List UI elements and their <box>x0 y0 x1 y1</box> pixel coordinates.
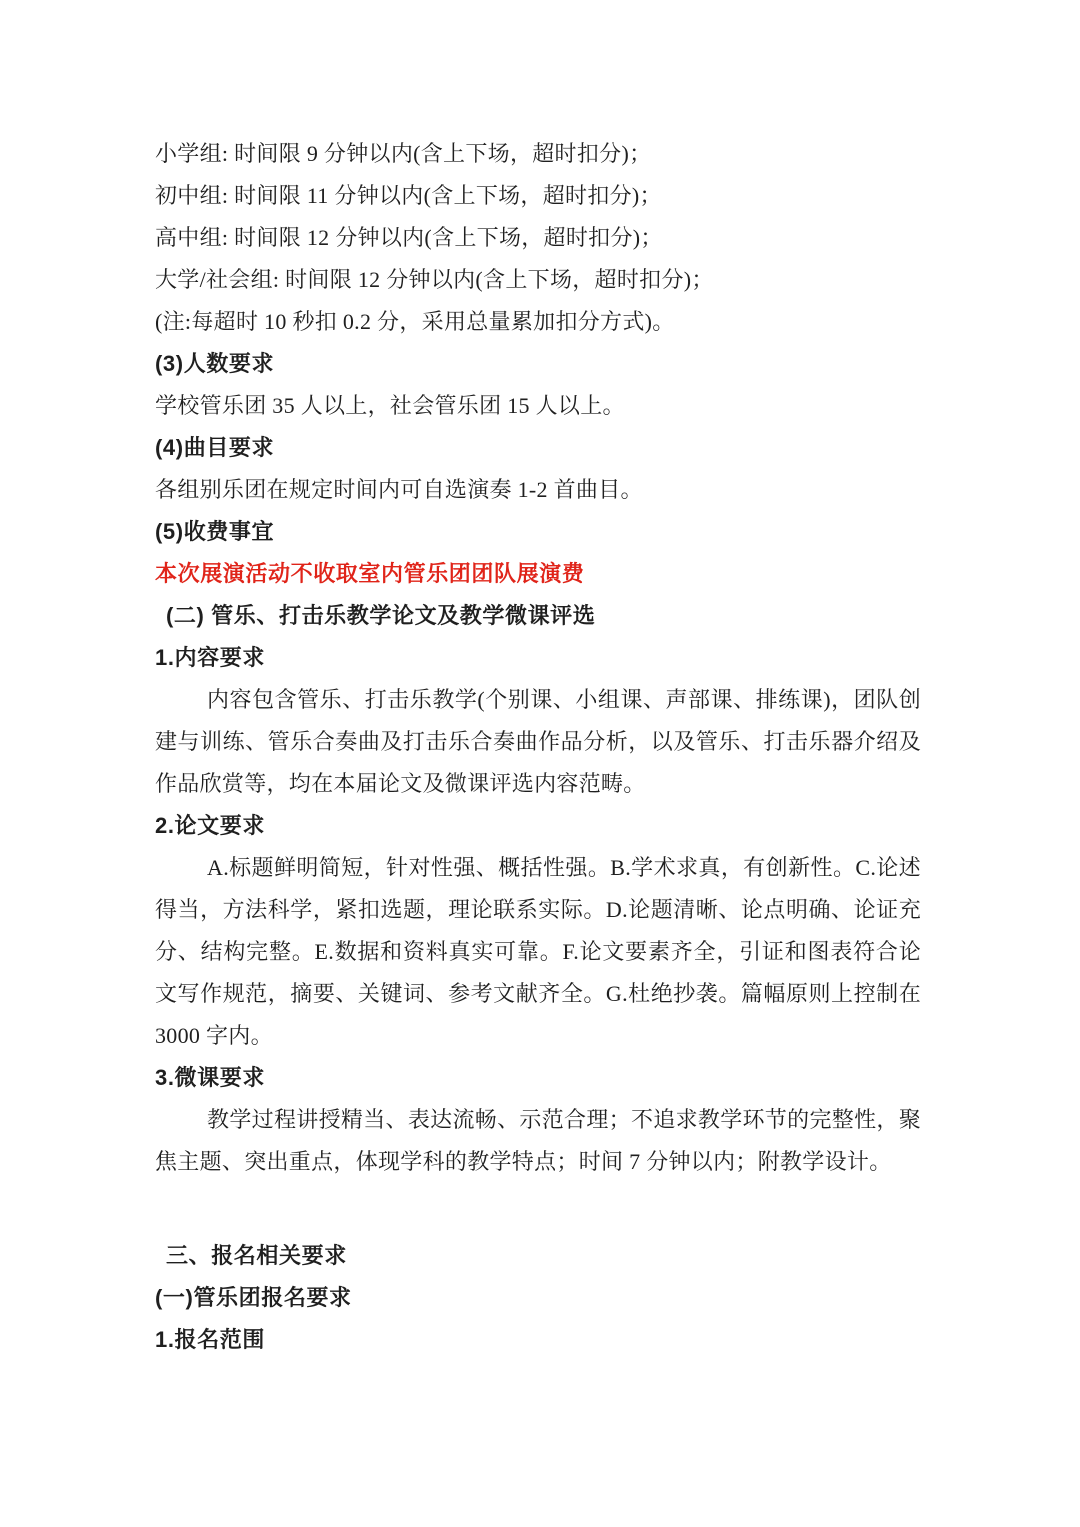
blank-line-spacer <box>155 1183 921 1235</box>
people-requirement-heading: (3)人数要求 <box>155 343 921 385</box>
section2-heading: (二) 管乐、打击乐教学论文及教学微课评选 <box>155 595 921 637</box>
people-requirement-text: 学校管乐团 35 人以上，社会管乐团 15 人以上。 <box>155 385 921 427</box>
document-page: 小学组: 时间限 9 分钟以内(含上下场，超时扣分)； 初中组: 时间限 11 … <box>0 0 1080 1527</box>
time-rule-senior: 高中组: 时间限 12 分钟以内(含上下场，超时扣分)； <box>155 217 921 259</box>
fee-notice-red-text: 本次展演活动不收取室内管乐团团队展演费 <box>155 553 921 595</box>
paper-requirement-paragraph: A.标题鲜明简短，针对性强、概括性强。B.学术求真，有创新性。C.论述得当，方法… <box>155 847 921 1057</box>
repertoire-requirement-heading: (4)曲目要求 <box>155 427 921 469</box>
band-signup-requirement-heading: (一)管乐团报名要求 <box>155 1277 921 1319</box>
time-rule-primary: 小学组: 时间限 9 分钟以内(含上下场，超时扣分)； <box>155 133 921 175</box>
micro-lesson-requirement-heading: 3.微课要求 <box>155 1057 921 1099</box>
section3-heading: 三、报名相关要求 <box>155 1235 921 1277</box>
paper-requirement-heading: 2.论文要求 <box>155 805 921 847</box>
time-rule-junior: 初中组: 时间限 11 分钟以内(含上下场，超时扣分)； <box>155 175 921 217</box>
document-content: 小学组: 时间限 9 分钟以内(含上下场，超时扣分)； 初中组: 时间限 11 … <box>155 133 921 1361</box>
signup-scope-heading: 1.报名范围 <box>155 1319 921 1361</box>
content-requirement-heading: 1.内容要求 <box>155 637 921 679</box>
content-requirement-paragraph: 内容包含管乐、打击乐教学(个别课、小组课、声部课、排练课)，团队创建与训练、管乐… <box>155 679 921 805</box>
fee-heading: (5)收费事宜 <box>155 511 921 553</box>
time-rule-note: (注:每超时 10 秒扣 0.2 分，采用总量累加扣分方式)。 <box>155 301 921 343</box>
micro-lesson-requirement-paragraph: 教学过程讲授精当、表达流畅、示范合理；不追求教学环节的完整性，聚焦主题、突出重点… <box>155 1099 921 1183</box>
time-rule-college: 大学/社会组: 时间限 12 分钟以内(含上下场，超时扣分)； <box>155 259 921 301</box>
repertoire-requirement-text: 各组别乐团在规定时间内可自选演奏 1-2 首曲目。 <box>155 469 921 511</box>
